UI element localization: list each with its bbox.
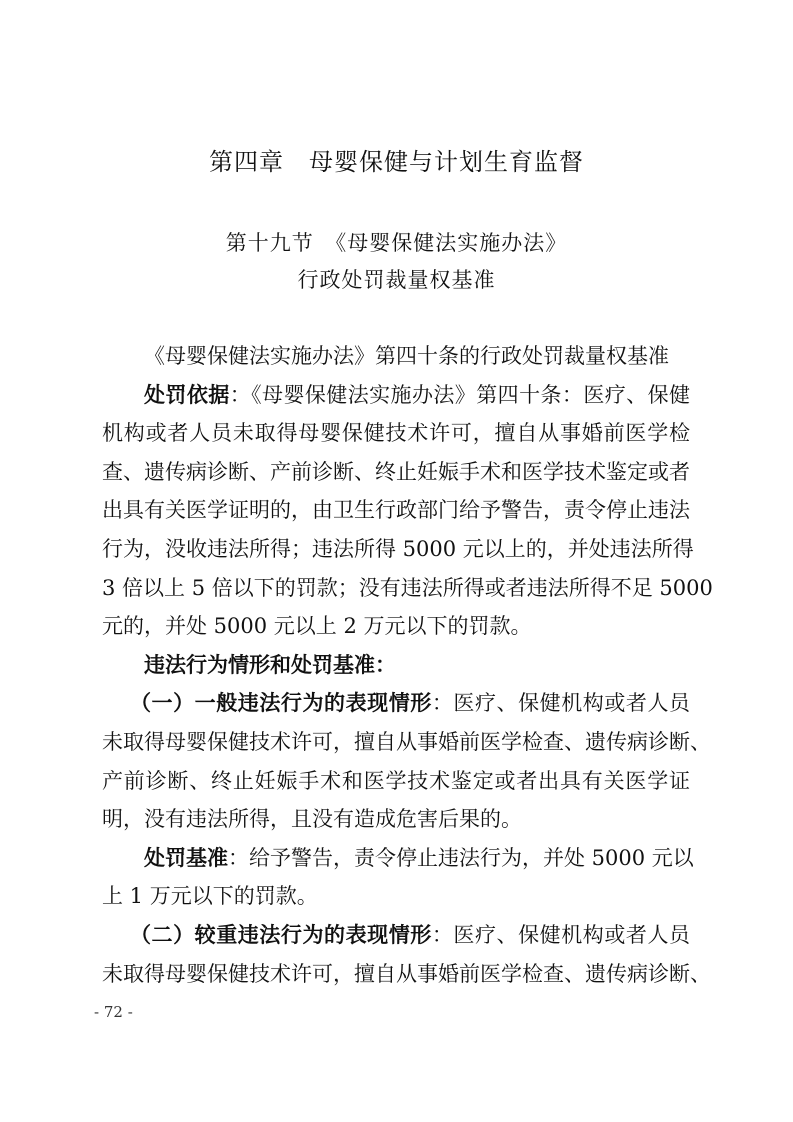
case1-label: （一）一般违法行为的表现情形 [130, 690, 432, 715]
basis-line: 3 倍以上 5 倍以下的罚款；没有违法所得或者违法所得不足 5000 [102, 569, 690, 608]
section-title: 第十九节 《母婴保健法实施办法》 [0, 227, 793, 257]
basis-line: 元的，并处 5000 元以上 2 万元以下的罚款。 [102, 607, 690, 646]
basis-line: 机构或者人员未取得母婴保健技术许可，擅自从事婚前医学检 [102, 414, 690, 453]
case1-line: （一）一般违法行为的表现情形：医疗、保健机构或者人员 [102, 684, 690, 723]
section-subtitle: 行政处罚裁量权基准 [0, 264, 793, 294]
basis-line: 行为，没收违法所得；违法所得 5000 元以上的，并处违法所得 [102, 530, 690, 569]
chapter-title: 第四章 母婴保健与计划生育监督 [0, 142, 793, 177]
body-text: 《母婴保健法实施办法》第四十条的行政处罚裁量权基准 处罚依据：《母婴保健法实施办… [102, 337, 690, 993]
case1-line: 未取得母婴保健技术许可，擅自从事婚前医学检查、遗传病诊断、 [102, 723, 690, 762]
case1-line: 产前诊断、终止妊娠手术和医学技术鉴定或者出具有关医学证 [102, 762, 690, 801]
criteria-heading: 违法行为情形和处罚基准： [102, 646, 690, 685]
basis-label: 处罚依据 [144, 382, 230, 407]
case2-line: （二）较重违法行为的表现情形：医疗、保健机构或者人员 [102, 916, 690, 955]
penalty1-line: 上 1 万元以下的罚款。 [102, 877, 690, 916]
basis-line: 处罚依据：《母婴保健法实施办法》第四十条：医疗、保健 [102, 376, 690, 415]
penalty1-label: 处罚基准 [144, 845, 228, 870]
case1-line: 明，没有违法所得，且没有造成危害后果的。 [102, 800, 690, 839]
document-page: 第四章 母婴保健与计划生育监督 第十九节 《母婴保健法实施办法》 行政处罚裁量权… [0, 0, 793, 1122]
page-number: - 72 - [94, 1003, 133, 1021]
case2-line: 未取得母婴保健技术许可，擅自从事婚前医学检查、遗传病诊断、 [102, 955, 690, 994]
case2-label: （二）较重违法行为的表现情形 [130, 922, 432, 947]
penalty1-line: 处罚基准：给予警告，责令停止违法行为，并处 5000 元以 [102, 839, 690, 878]
basis-line: 查、遗传病诊断、产前诊断、终止妊娠手术和医学技术鉴定或者 [102, 453, 690, 492]
basis-line: 出具有关医学证明的，由卫生行政部门给予警告，责令停止违法 [102, 491, 690, 530]
article-heading: 《母婴保健法实施办法》第四十条的行政处罚裁量权基准 [102, 337, 690, 376]
